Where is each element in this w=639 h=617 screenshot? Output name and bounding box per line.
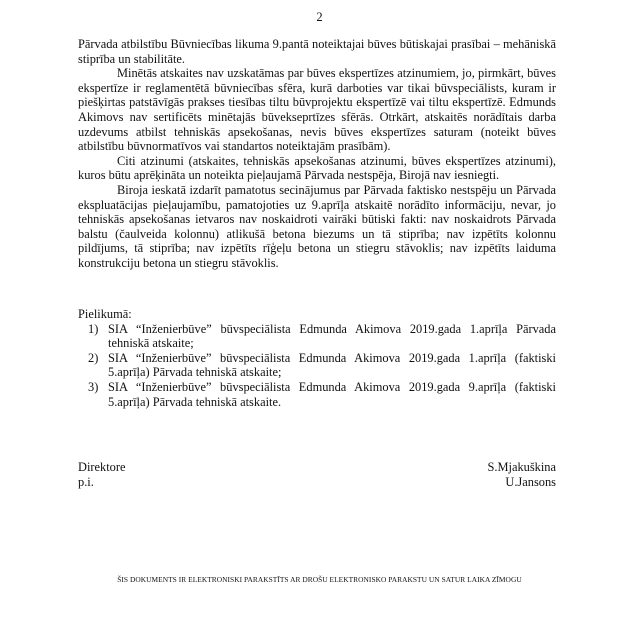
- attachments-heading: Pielikumā:: [78, 307, 556, 322]
- attachment-number: 1): [88, 322, 98, 337]
- attachment-item: 3) SIA “Inženierbūve” būvspeciālista Edm…: [78, 380, 556, 409]
- attachment-item: 1) SIA “Inženierbūve” būvspeciālista Edm…: [78, 322, 556, 351]
- signature-row: p.i. U.Jansons: [78, 475, 556, 490]
- attachments-section: Pielikumā: 1) SIA “Inženierbūve” būvspec…: [78, 307, 556, 409]
- signer-name: U.Jansons: [505, 475, 556, 490]
- signature-row: Direktore S.Mjakuškina: [78, 460, 556, 475]
- document-body: Pārvada atbilstību Būvniecības likuma 9.…: [78, 37, 556, 271]
- attachment-text: SIA “Inženierbūve” būvspeciālista Edmund…: [108, 322, 556, 351]
- attachments-list: 1) SIA “Inženierbūve” būvspeciālista Edm…: [78, 322, 556, 410]
- paragraph: Pārvada atbilstību Būvniecības likuma 9.…: [78, 37, 556, 66]
- signature-block: Direktore S.Mjakuškina p.i. U.Jansons: [78, 460, 556, 490]
- paragraph: Citi atzinumi (atskaites, tehniskās apse…: [78, 154, 556, 183]
- e-signature-notice: ŠIS DOKUMENTS IR ELEKTRONISKI PARAKSTĪTS…: [0, 575, 639, 584]
- attachment-text: SIA “Inženierbūve” būvspeciālista Edmund…: [108, 380, 556, 409]
- attachment-number: 2): [88, 351, 98, 366]
- signer-role: Direktore: [78, 460, 125, 475]
- attachment-number: 3): [88, 380, 98, 395]
- paragraph: Biroja ieskatā izdarīt pamatotus secināj…: [78, 183, 556, 271]
- signer-role: p.i.: [78, 475, 94, 490]
- page-number: 2: [0, 10, 639, 25]
- attachment-text: SIA “Inženierbūve” būvspeciālista Edmund…: [108, 351, 556, 380]
- paragraph: Minētās atskaites nav uzskatāmas par būv…: [78, 66, 556, 154]
- attachment-item: 2) SIA “Inženierbūve” būvspeciālista Edm…: [78, 351, 556, 380]
- signer-name: S.Mjakuškina: [488, 460, 557, 475]
